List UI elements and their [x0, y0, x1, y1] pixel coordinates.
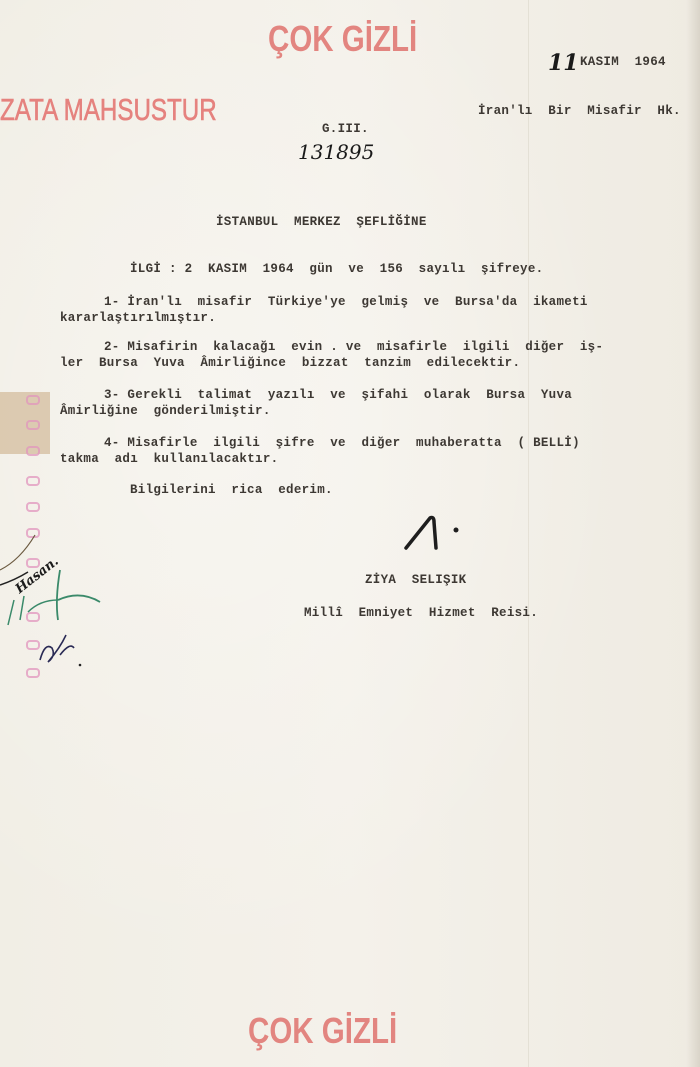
- signatory-title: Millî Emniyet Hizmet Reisi.: [304, 606, 538, 620]
- classification-stamp-bottom: ÇOK GİZLİ: [248, 1010, 397, 1052]
- paragraph-line: ler Bursa Yuva Âmirliğince bizzat tanzim…: [60, 356, 520, 370]
- paragraph-line: takma adı kullanılacaktır.: [60, 452, 278, 466]
- subject-line: İran'lı Bir Misafir Hk.: [478, 104, 681, 118]
- tape-residue: [0, 392, 50, 454]
- addressee: İSTANBUL MERKEZ ŞEFLİĞİNE: [216, 215, 427, 229]
- paragraph-line: kararlaştırılmıştır.: [60, 311, 216, 325]
- personal-stamp: ZATA MAHSUSTUR: [0, 92, 217, 128]
- paper-edge-shadow: [686, 0, 700, 1067]
- punch-hole: [26, 395, 40, 405]
- margin-annotations: [0, 530, 120, 680]
- paragraph-line: 4- Misafirle ilgili şifre ve diğer muhab…: [104, 436, 580, 450]
- reference-line: İLGİ : 2 KASIM 1964 gün ve 156 sayılı şi…: [130, 262, 543, 276]
- signature-mark: [400, 508, 470, 558]
- classification-stamp-top: ÇOK GİZLİ: [268, 18, 417, 60]
- handwritten-document-number: 131895: [298, 140, 374, 164]
- paragraph-line: 2- Misafirin kalacağı evin . ve misafirl…: [104, 340, 603, 354]
- closing-line: Bilgilerini rica ederim.: [130, 483, 333, 497]
- reference-code: G.III.: [322, 122, 369, 136]
- typed-date: KASIM 1964: [580, 55, 666, 69]
- punch-hole: [26, 502, 40, 512]
- document-page: ÇOK GİZLİ ZATA MAHSUSTUR 11 KASIM 1964 İ…: [0, 0, 700, 1067]
- paragraph-line: 1- İran'lı misafir Türkiye'ye gelmiş ve …: [104, 295, 588, 309]
- signatory-name: ZİYA SELIŞIK: [365, 573, 466, 587]
- handwritten-date-day: 11: [548, 50, 579, 76]
- paragraph-line: 3- Gerekli talimat yazılı ve şifahi olar…: [104, 388, 572, 402]
- punch-hole: [26, 420, 40, 430]
- punch-hole: [26, 446, 40, 456]
- paper-fold-line: [528, 0, 529, 1067]
- punch-hole: [26, 476, 40, 486]
- paragraph-line: Âmirliğine gönderilmiştir.: [60, 404, 271, 418]
